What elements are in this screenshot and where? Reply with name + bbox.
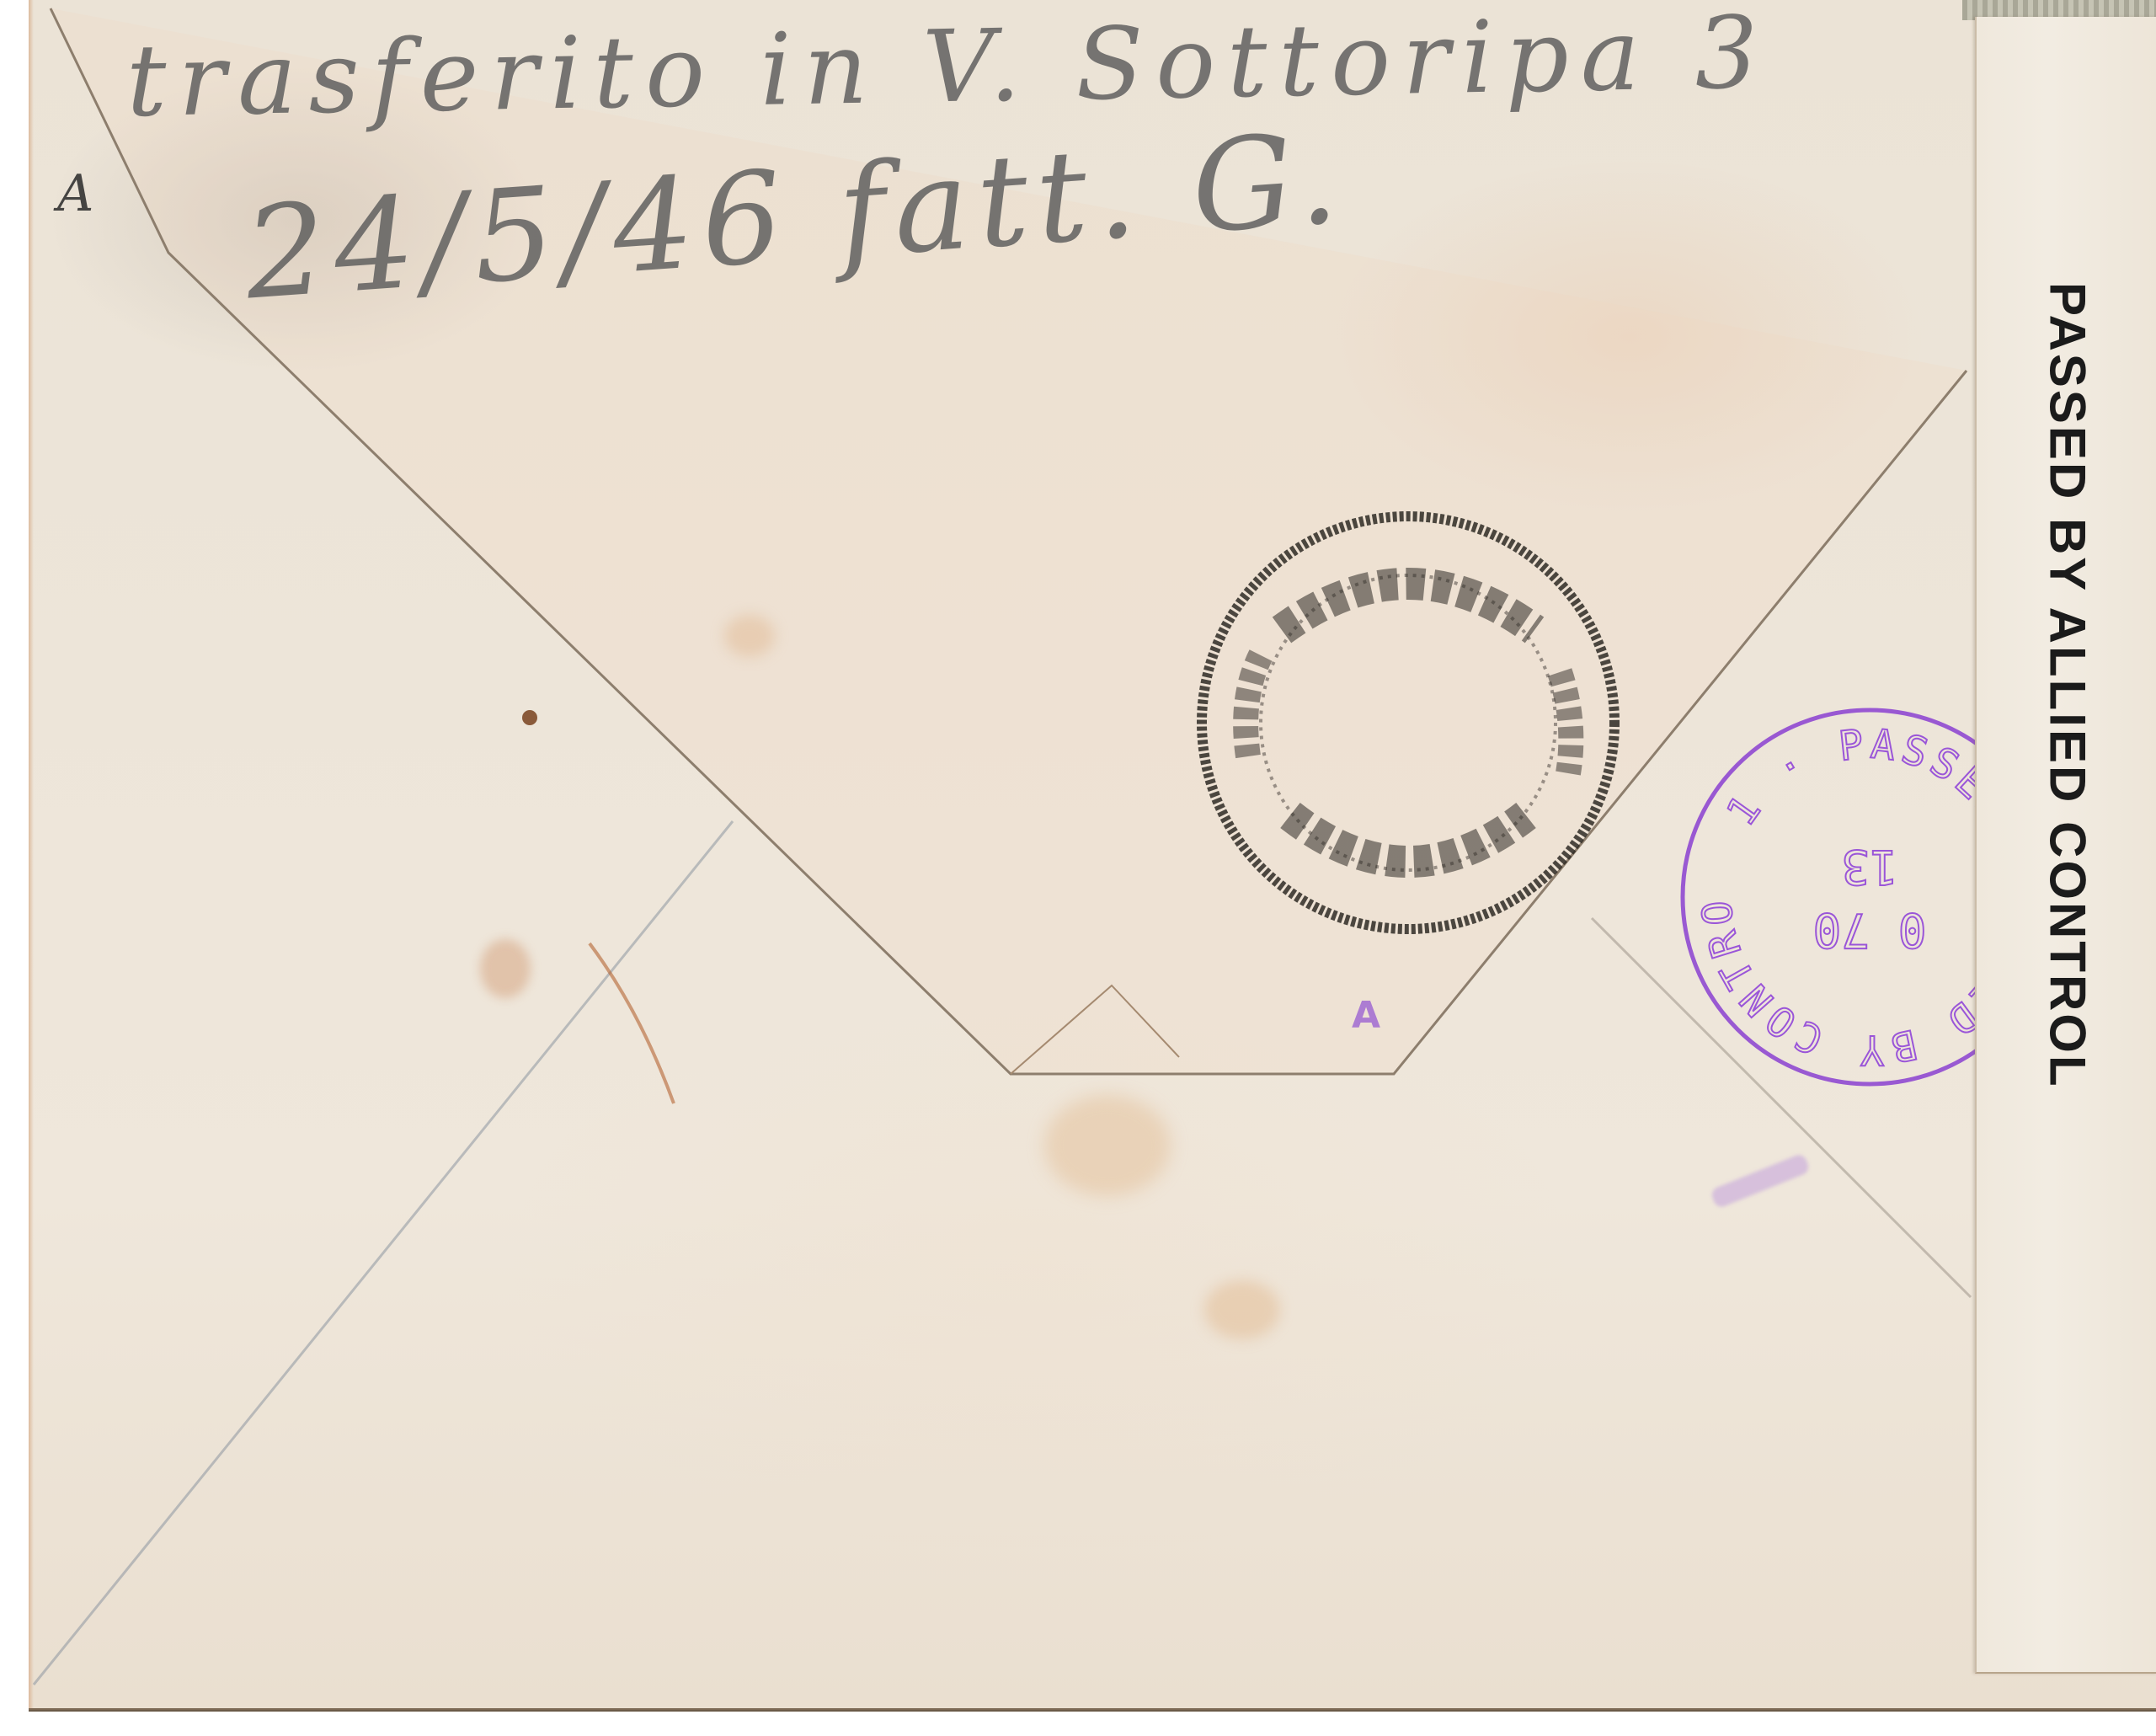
censor-stamp-subnumber: 13	[1841, 839, 1897, 894]
stain-spot	[480, 939, 531, 998]
violet-letter-mark: A	[1352, 994, 1380, 1037]
stain-spot	[724, 615, 775, 657]
stain-spot	[522, 710, 537, 725]
circular-postmark	[1189, 504, 1627, 942]
stain-spot	[1044, 1095, 1171, 1196]
censor-label-text: PASSED BY ALLIED CONTROL	[2039, 282, 2097, 1089]
stain-spot	[1204, 1280, 1280, 1339]
censor-stamp-number: 0 70	[1813, 902, 1927, 957]
pencil-corner-mark: A	[57, 164, 93, 223]
